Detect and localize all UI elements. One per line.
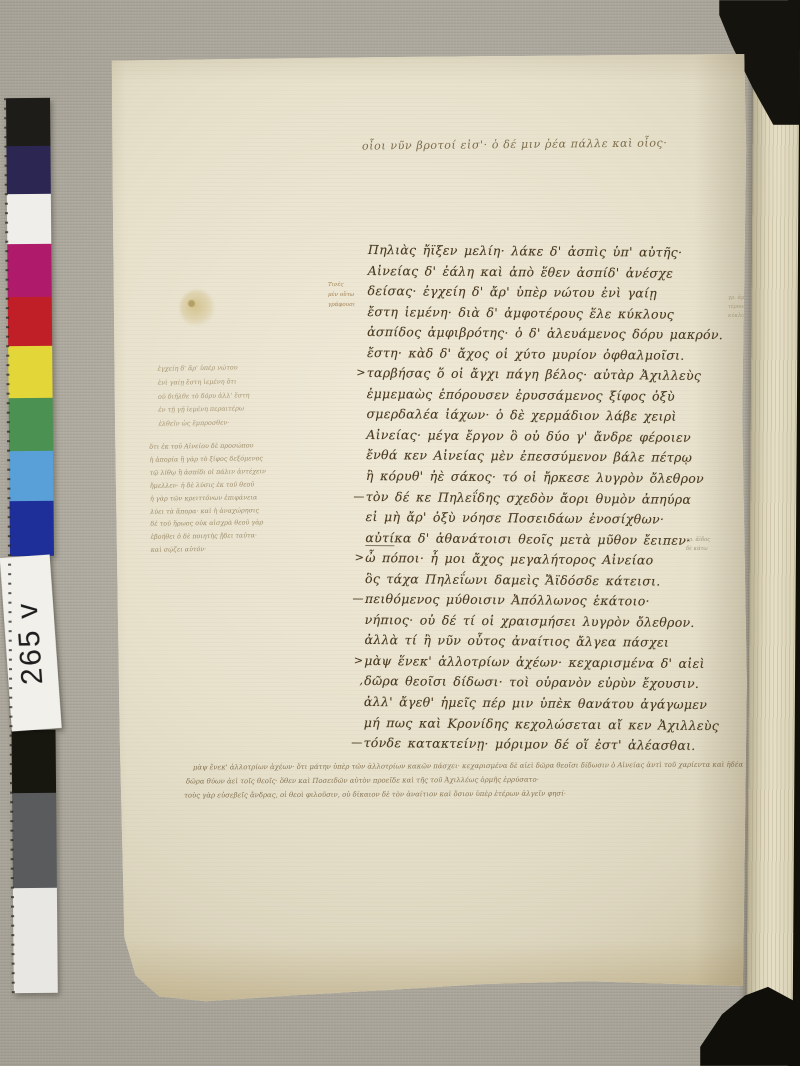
main-verse-block: Πηλιὰς ἤϊξεν μελίη· λάκε δ' ἀσπὶς ὑπ' αὐ… (364, 240, 724, 757)
verse-text: ἢ κόρυθ' ἠὲ σάκος· τό οἱ ἤρκεσε λυγρὸν ὄ… (366, 468, 704, 486)
verse-text: δείσας· ἐγχείη δ' ἄρ' ὑπὲρ νώτου ἐνὶ γαί… (367, 283, 657, 301)
marginal-gloss-right-lower: γρ. ἄϊδοςδὲ κάτω (686, 536, 710, 554)
scholion-line: ἐν τῇ γῇ ἱεμένη περαιτέρω (158, 403, 250, 418)
verse-text: μή πως καὶ Κρονίδης κεχολώσεται αἴ κεν Ἀ… (364, 715, 719, 733)
verse-text: ἔστη· κὰδ δ' ἄχος οἱ χύτο μυρίον ὀφθαλμο… (367, 345, 685, 363)
verse-text: σμερδαλέα ἰάχων· ὁ δὲ χερμάδιον λάβε χει… (366, 406, 676, 424)
facing-page-edges (747, 50, 800, 1028)
color-swatch (9, 398, 53, 451)
verse-text: Αἰνείας δ' ἐάλη καὶ ἀπὸ ἕθεν ἀσπίδ' ἀνέσ… (368, 263, 674, 281)
gloss-line: μὲν οὕτω (328, 290, 355, 300)
color-calibration-bar: 265 v (6, 98, 58, 993)
parchment-stain (180, 290, 214, 326)
gloss-line: δὲ κάτω (686, 545, 710, 554)
grayscale-swatch (13, 888, 58, 993)
bottom-scholia-block: μὰψ ἕνεκ' ἀλλοτρίων ἀχέων· ὅτι μάτην ὑπὲ… (184, 758, 781, 803)
verse-text: εἰ μὴ ἄρ' ὀξὺ νόησε Ποσειδάων ἐνοσίχθων· (366, 509, 665, 527)
critical-mark: > (348, 651, 363, 672)
manuscript-page: οἷοι νῦν βροτοί εἰσ'· ὁ δέ μιν ῥέα πάλλε… (100, 54, 760, 1006)
critical-mark: > (349, 548, 364, 569)
verse-text: μὰψ ἕνεκ' ἀλλοτρίων ἀχέων· κεχαρισμένα δ… (364, 653, 705, 671)
color-swatch-stack-bottom (12, 730, 58, 993)
scholion-line: ἐνὶ γαίῃ ἔστη ἱεμένη ὅτι (158, 375, 250, 390)
marginal-gloss-inner-left: Τινὲςμὲν οὕτωγράφουσι (328, 280, 355, 310)
scholion-line: ἐβοήθει ὁ δὲ ποιητὴς ᾔδει ταῦτα· (150, 530, 266, 545)
scholion-line: τῷ λίθῳ ἢ ἀσπίδι οἱ πάλιν ἀντέχειν (150, 465, 266, 480)
verse-text: ὦ πόποι· ἦ μοι ἄχος μεγαλήτορος Αἰνείαο (365, 550, 653, 568)
verse-text: τόνδε κατακτείνῃ· μόριμον δέ οἵ ἐστ' ἀλέ… (364, 735, 696, 753)
color-swatch (8, 297, 52, 346)
verse-text: πειθόμενος μύθοισιν Ἀπόλλωνος ἑκάτοιο· (365, 591, 650, 608)
critical-mark: — (350, 486, 365, 507)
verse-text: ἀλλ' ἄγεθ' ἡμεῖς πέρ μιν ὑπὲκ θανάτου ἀγ… (364, 694, 707, 712)
critical-mark: ‚ (348, 671, 363, 692)
verse-text: δῶρα θεοῖσι δίδωσι· τοὶ οὐρανὸν εὐρὺν ἔχ… (364, 673, 699, 691)
scholion-line: τοὺς γὰρ εὐσεβεῖς ἄνδρας, οἱ θεοὶ φιλοῦσ… (184, 786, 781, 803)
underlined-word: αὐτί (365, 530, 394, 546)
color-swatch (6, 146, 50, 194)
gloss-line: γρ. ἄϊδος (686, 536, 710, 545)
verse-text: Πηλιὰς ἤϊξεν μελίη· λάκε δ' ἀσπὶς ὑπ' αὐ… (368, 242, 682, 260)
scholion-line: ἡ γὰρ τῶν κρειττόνων ἐπιφάνεια (150, 491, 266, 506)
color-swatch (7, 194, 51, 244)
critical-mark: > (351, 363, 366, 384)
shelfmark-text: 265 v (11, 600, 51, 686)
verse-text: ἐμμεμαὼς ἐπόρουσεν ἐρυσσάμενος ξίφος ὀξὺ (367, 386, 675, 404)
grayscale-swatch (12, 730, 57, 793)
verse-text: κα δ' ἀθανάτοισι θεοῖς μετὰ μῦθον ἔειπεν… (394, 530, 690, 548)
color-swatch (10, 501, 54, 556)
color-swatch (9, 451, 53, 501)
color-swatch (7, 244, 51, 297)
left-scholion-upper: ἐγχείη δ' ἄρ' ὑπὲρ νώτουἐνὶ γαίῃ ἔστη ἱε… (157, 361, 250, 432)
scholion-line: καὶ σῴζει αὐτόν· (151, 542, 267, 557)
manuscript-photo: οἷοι νῦν βροτοί εἰσ'· ὁ δέ μιν ῥέα πάλλε… (0, 0, 800, 1066)
grayscale-swatch (12, 793, 57, 888)
verse-text: Αἰνείας· μέγα ἔργον ὃ οὐ δύο γ' ἄνδρε φέ… (366, 427, 691, 445)
critical-mark: — (348, 733, 363, 754)
scholion-line: ἐλθεῖν ὡς ἔμπροσθεν· (158, 416, 250, 431)
verse-text: ἔνθά κεν Αἰνείας μὲν ἐπεσσύμενον βάλε πέ… (366, 447, 692, 465)
verse-text: ἀσπίδος ἀμφιβρότης· ὁ δ' ἀλευάμενος δόρυ… (367, 324, 723, 342)
verse-line: —τόνδε κατακτείνῃ· μόριμον δέ οἵ ἐστ' ἀλ… (364, 733, 720, 757)
verse-text: ὃς τάχα Πηλεΐωνι δαμεὶς Ἄϊδόσδε κάτεισι. (365, 571, 661, 589)
parchment-stain-speck (188, 300, 195, 307)
color-swatch (6, 98, 50, 146)
scholion-line: ἐγχείη δ' ἄρ' ὑπὲρ νώτου (157, 361, 249, 376)
color-swatch (8, 346, 52, 398)
verse-text: νήπιος· οὐ δέ τί οἱ χραισμήσει λυγρὸν ὄλ… (365, 612, 695, 630)
verse-text: ἀλλὰ τί ἢ νῦν οὗτος ἀναίτιος ἄλγεα πάσχε… (364, 632, 669, 650)
verse-text: ταρβήσας ὅ οἱ ἄγχι πάγη βέλος· αὐτὰρ Ἀχι… (367, 365, 702, 383)
left-scholion-lower: ὅτι ἐκ τοῦ Αἰνείου δὲ προσώπουἡ ἀπορία ἢ… (149, 439, 267, 557)
color-swatch-stack-top (6, 98, 54, 556)
gloss-line: Τινὲς (328, 280, 355, 290)
critical-mark: — (349, 589, 364, 610)
verse-text: τὸν δέ κε Πηλεΐδης σχεδὸν ἄορι θυμὸν ἀπη… (366, 489, 692, 507)
gloss-line: γράφουσι (328, 300, 355, 310)
verse-text: ἔστη ἱεμένη· διὰ δ' ἀμφοτέρους ἕλε κύκλο… (367, 304, 674, 322)
header-verse: οἷοι νῦν βροτοί εἰσ'· ὁ δέ μιν ῥέα πάλλε… (362, 136, 668, 152)
scholion-line: ἤμελλεν· ἡ δὲ λύσις ἐκ τοῦ θεοῦ (150, 478, 266, 493)
